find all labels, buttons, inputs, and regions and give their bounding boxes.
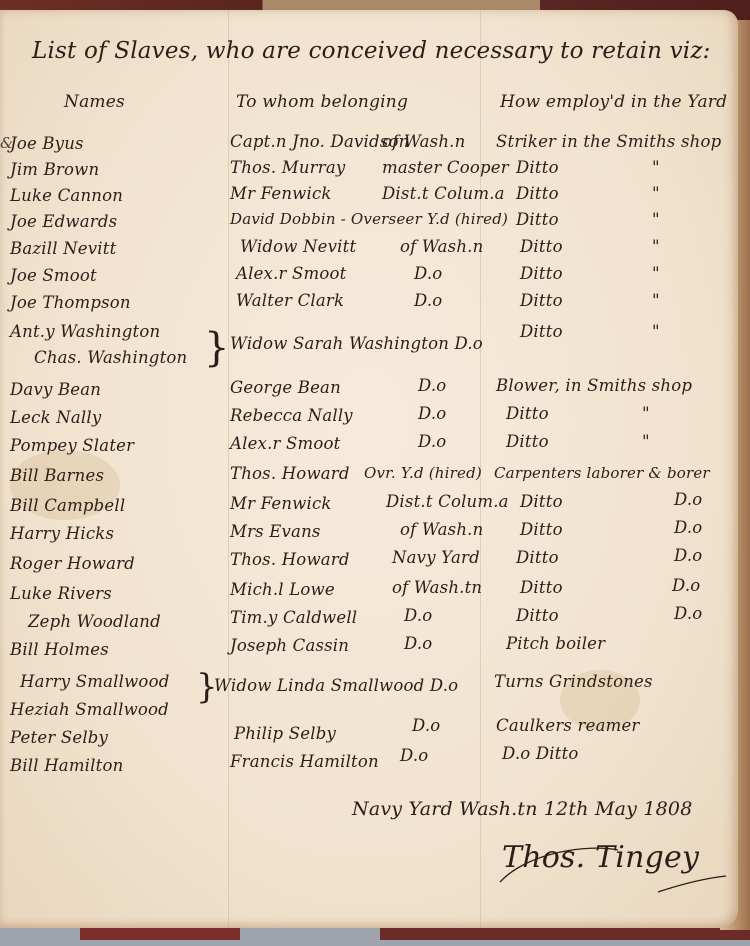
- slave-name: Harry Smallwood: [20, 672, 169, 691]
- slave-name: Zeph Woodland: [28, 612, 161, 631]
- slave-name: Heziah Smallwood: [10, 700, 169, 719]
- document-photo: List of Slaves, who are conceived necess…: [0, 0, 750, 946]
- ditto-mark: D.o: [674, 546, 702, 565]
- employment: Carpenters laborer & borer: [494, 464, 710, 482]
- owner-place: Dist.t Colum.a: [382, 184, 505, 203]
- employment: D.o Ditto: [502, 744, 579, 763]
- employment: Ditto: [520, 520, 563, 539]
- slave-name: Luke Cannon: [10, 186, 123, 205]
- owner-place: of Wash.n: [382, 132, 465, 151]
- slave-name: Leck Nally: [10, 408, 101, 427]
- owner-place: D.o: [404, 606, 432, 625]
- owner-place: master Cooper: [382, 158, 509, 177]
- grouping-brace: }: [204, 328, 229, 368]
- employment: Ditto: [516, 548, 559, 567]
- page-fold-line: [228, 10, 229, 928]
- owner-place: Ovr. Y.d (hired): [364, 464, 482, 482]
- slave-name: Joe Edwards: [10, 212, 117, 231]
- employment: Pitch boiler: [506, 634, 605, 653]
- slave-name: Bazill Nevitt: [10, 239, 116, 258]
- owner-place: of Wash.n: [400, 237, 483, 256]
- employment: Striker in the Smiths shop: [496, 132, 721, 151]
- owner-place: D.o: [418, 376, 446, 395]
- employment: Blower, in Smiths shop: [496, 376, 692, 395]
- owner-name: Widow Sarah Washington D.o: [230, 334, 483, 353]
- owner-name: Mich.l Lowe: [230, 580, 335, 599]
- owner-name: Alex.r Smoot: [230, 434, 341, 453]
- slave-name: Joe Smoot: [10, 266, 97, 285]
- owner-name: Mr Fenwick: [230, 494, 332, 513]
- owner-name: David Dobbin - Overseer Y.d (hired): [230, 210, 508, 228]
- employment: Ditto: [520, 492, 563, 511]
- employment: Ditto: [506, 404, 549, 423]
- owner-name: Thos. Murray: [230, 158, 345, 177]
- employment: Ditto: [520, 237, 563, 256]
- owner-name: George Bean: [230, 378, 341, 397]
- ditto-mark: D.o: [674, 518, 702, 537]
- owner-place: D.o: [414, 291, 442, 310]
- employment: Caulkers reamer: [496, 716, 640, 735]
- owner-place: D.o: [414, 264, 442, 283]
- slave-name: Luke Rivers: [10, 584, 112, 603]
- ditto-mark: ": [642, 432, 650, 451]
- date-line: Navy Yard Wash.tn 12th May 1808: [352, 798, 692, 820]
- slave-name: Bill Hamilton: [10, 756, 123, 775]
- owner-place: D.o: [412, 716, 440, 735]
- employment: Ditto: [520, 291, 563, 310]
- slave-name: Peter Selby: [10, 728, 108, 747]
- owner-name: Philip Selby: [234, 724, 336, 743]
- slave-name: Ant.y Washington: [10, 322, 160, 341]
- owner-name: Widow Linda Smallwood D.o: [214, 676, 458, 695]
- owner-name: Mrs Evans: [230, 522, 321, 541]
- slave-name: Joe Byus: [10, 134, 84, 153]
- owner-place: Dist.t Colum.a: [386, 492, 509, 511]
- employment: Ditto: [516, 210, 559, 229]
- ditto-mark: ": [642, 404, 650, 423]
- slave-name: Chas. Washington: [34, 348, 187, 367]
- employment: Turns Grindstones: [494, 672, 653, 691]
- ditto-mark: ": [652, 291, 660, 310]
- manuscript-page: List of Slaves, who are conceived necess…: [0, 10, 738, 928]
- owner-name: Joseph Cassin: [230, 636, 349, 655]
- ditto-mark: D.o: [674, 604, 702, 623]
- slave-name: Roger Howard: [10, 554, 135, 573]
- employment: Ditto: [516, 606, 559, 625]
- document-title: List of Slaves, who are conceived necess…: [32, 38, 711, 64]
- grouping-brace: }: [196, 670, 218, 704]
- owner-place: D.o: [418, 404, 446, 423]
- owner-name: Thos. Howard: [230, 550, 350, 569]
- ditto-mark: D.o: [674, 490, 702, 509]
- book-cover-edge: [380, 926, 750, 940]
- ditto-mark: ": [652, 184, 660, 203]
- slave-name: Jim Brown: [10, 160, 99, 179]
- ditto-mark: ": [652, 158, 660, 177]
- employment: Ditto: [506, 432, 549, 451]
- owner-place: D.o: [404, 634, 432, 653]
- column-header-owner: To whom belonging: [236, 92, 408, 112]
- owner-name: Rebecca Nally: [230, 406, 353, 425]
- slave-name: Joe Thompson: [10, 293, 131, 312]
- owner-name: Alex.r Smoot: [236, 264, 347, 283]
- owner-place: Navy Yard: [392, 548, 480, 567]
- signature-flourish-icon: [498, 842, 728, 896]
- column-header-names: Names: [64, 92, 125, 112]
- owner-name: Walter Clark: [236, 291, 344, 310]
- slave-name: Bill Campbell: [10, 496, 125, 515]
- ditto-mark: ": [652, 210, 660, 229]
- owner-place: of Wash.tn: [392, 578, 482, 597]
- slave-name: Davy Bean: [10, 380, 101, 399]
- slave-name: Bill Holmes: [10, 640, 109, 659]
- ditto-mark: D.o: [672, 576, 700, 595]
- owner-name: Widow Nevitt: [240, 237, 356, 256]
- ditto-mark: ": [652, 237, 660, 256]
- owner-name: Tim.y Caldwell: [230, 608, 357, 627]
- owner-place: D.o: [400, 746, 428, 765]
- owner-place: of Wash.n: [400, 520, 483, 539]
- employment: Ditto: [516, 184, 559, 203]
- owner-name: Mr Fenwick: [230, 184, 332, 203]
- employment: Ditto: [516, 158, 559, 177]
- book-cover-edge: [80, 926, 240, 940]
- owner-name: Francis Hamilton: [230, 752, 379, 771]
- slave-name: Bill Barnes: [10, 466, 104, 485]
- slave-name: Harry Hicks: [10, 524, 114, 543]
- employment: Ditto: [520, 322, 563, 341]
- ditto-mark: ": [652, 264, 660, 283]
- slave-name: Pompey Slater: [10, 436, 134, 455]
- employment: Ditto: [520, 578, 563, 597]
- ditto-mark: ": [652, 322, 660, 341]
- employment: Ditto: [520, 264, 563, 283]
- owner-place: D.o: [418, 432, 446, 451]
- column-header-employment: How employ'd in the Yard: [500, 92, 727, 112]
- owner-name: Thos. Howard: [230, 464, 350, 483]
